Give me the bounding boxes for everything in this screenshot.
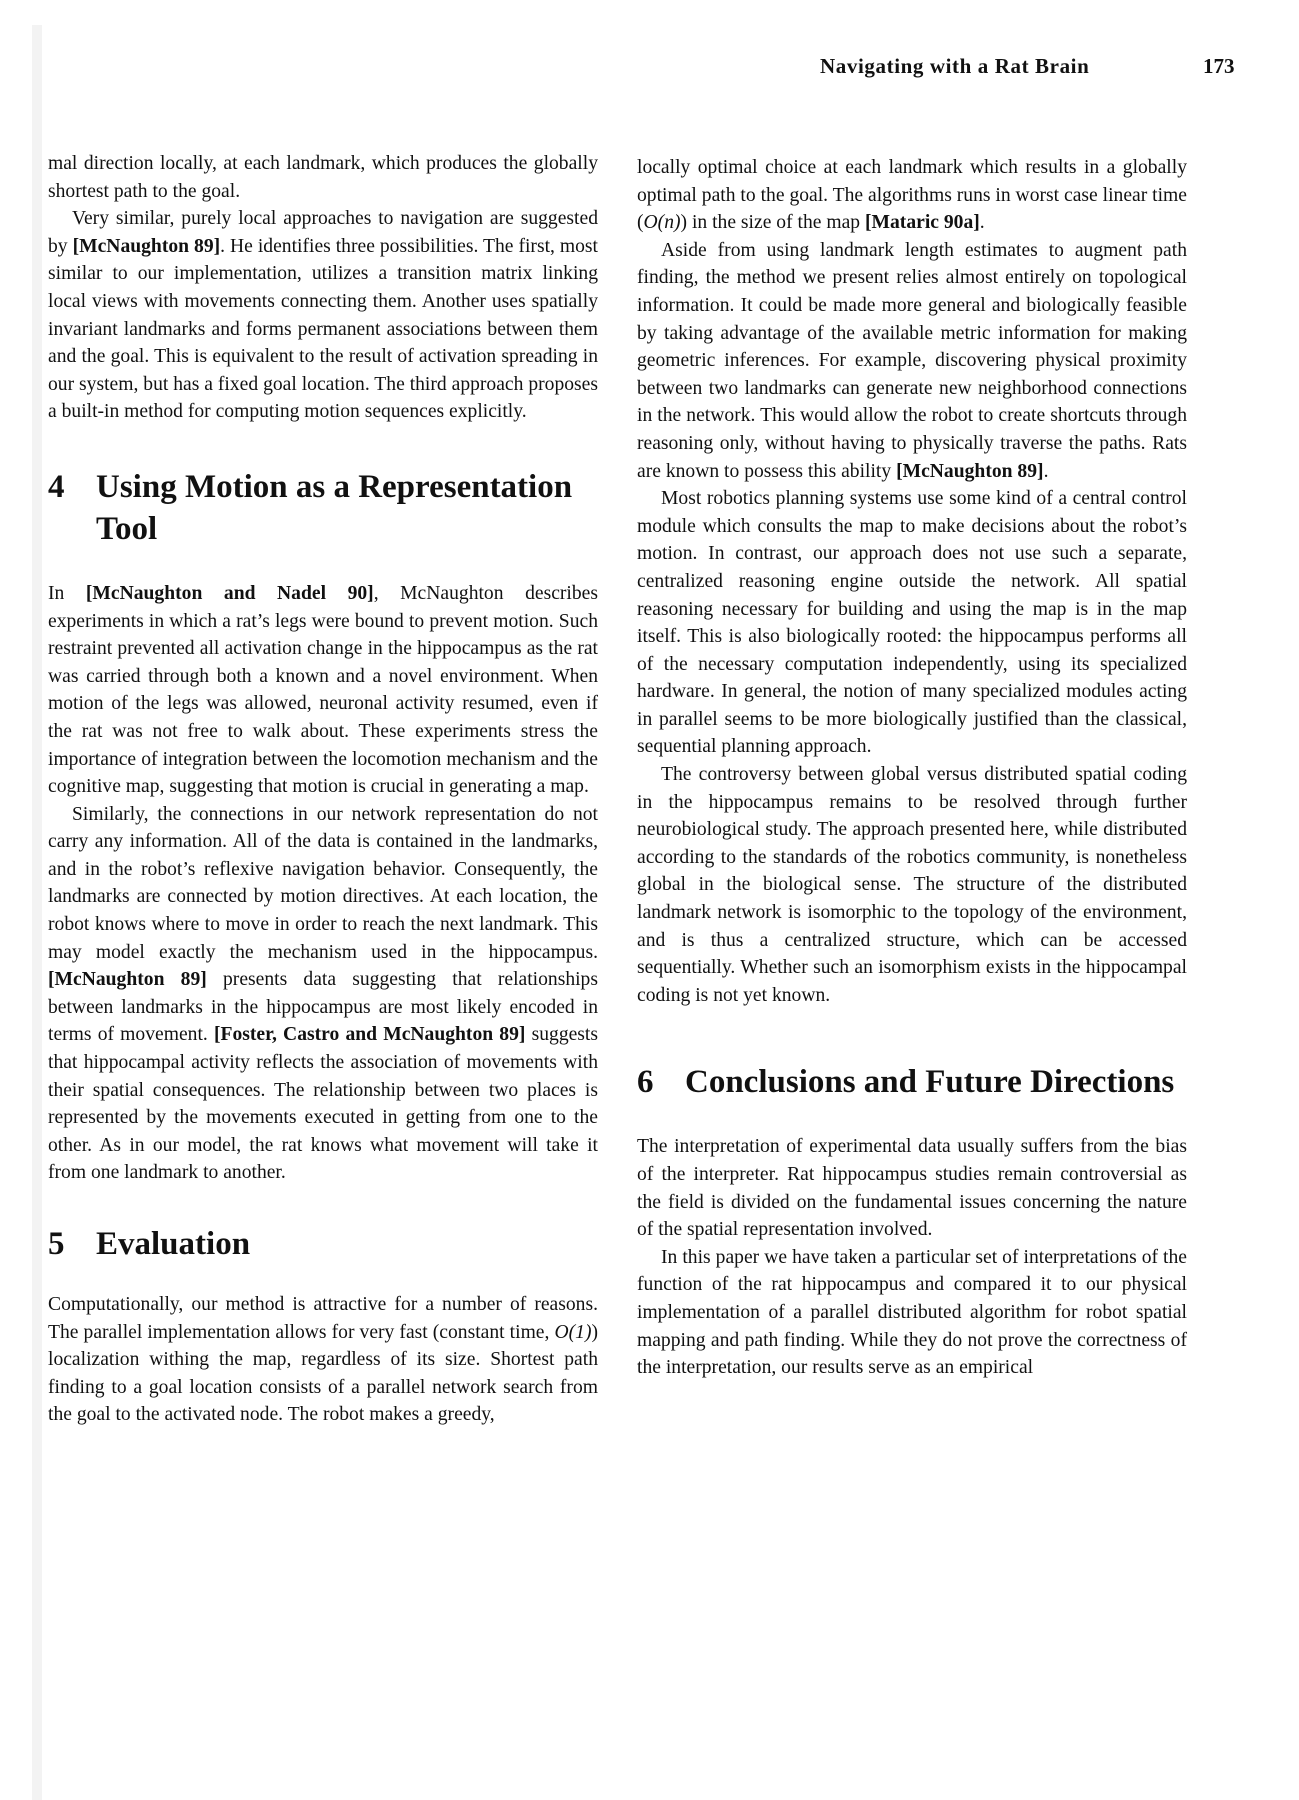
- text: Aside from using landmark length estimat…: [637, 240, 1187, 482]
- paragraph: Similarly, the connections in our networ…: [48, 801, 598, 1187]
- math-expression: O(1): [554, 1322, 591, 1343]
- right-column: locally optimal choice at each landmark …: [637, 154, 1187, 1382]
- citation: [McNaughton and Nadel 90]: [86, 583, 374, 604]
- text: suggests that hippocampal activity refle…: [48, 1024, 598, 1183]
- paragraph: Aside from using landmark length estimat…: [637, 237, 1187, 485]
- citation: [McNaughton 89]: [896, 461, 1044, 482]
- section-heading-6: 6 Conclusions and Future Directions: [637, 1061, 1187, 1103]
- text: Similarly, the connections in our networ…: [48, 804, 598, 963]
- running-title: Navigating with a Rat Brain: [820, 54, 1089, 79]
- paragraph: The controversy between global versus di…: [637, 761, 1187, 1009]
- section-title: Evaluation: [96, 1223, 598, 1265]
- text: .: [1044, 461, 1049, 482]
- scan-shadow: [32, 25, 42, 1800]
- section-number: 6: [637, 1061, 685, 1103]
- citation: [Mataric 90a]: [865, 212, 980, 233]
- text: . He identifies three possibilities. The…: [48, 236, 598, 423]
- section-heading-5: 5 Evaluation: [48, 1223, 598, 1265]
- text: In: [48, 583, 86, 604]
- section-title: Using Motion as a Representation Tool: [96, 466, 598, 550]
- left-column: mal direction locally, at each landmark,…: [48, 150, 598, 1429]
- paragraph: locally optimal choice at each landmark …: [637, 154, 1187, 237]
- page-number: 173: [1203, 54, 1235, 79]
- citation: [McNaughton 89]: [73, 236, 221, 257]
- paragraph: mal direction locally, at each landmark,…: [48, 150, 598, 205]
- math-expression: O(n): [644, 212, 681, 233]
- paragraph: Very similar, purely local approaches to…: [48, 205, 598, 426]
- text: , McNaughton describes experiments in wh…: [48, 583, 598, 797]
- section-number: 4: [48, 466, 96, 550]
- paragraph: In this paper we have taken a particular…: [637, 1244, 1187, 1382]
- page-margin: [0, 0, 32, 1800]
- paragraph: In [McNaughton and Nadel 90], McNaughton…: [48, 580, 598, 801]
- text: ) in the size of the map: [681, 212, 865, 233]
- section-number: 5: [48, 1223, 96, 1265]
- paragraph: Most robotics planning systems use some …: [637, 485, 1187, 761]
- citation: [McNaughton 89]: [48, 969, 207, 990]
- section-title: Conclusions and Future Directions: [685, 1061, 1187, 1103]
- text: .: [980, 212, 985, 233]
- paragraph: Computationally, our method is attractiv…: [48, 1291, 598, 1429]
- paragraph: The interpretation of experimental data …: [637, 1133, 1187, 1243]
- text: Computationally, our method is attractiv…: [48, 1294, 598, 1343]
- citation: [Foster, Castro and McNaughton 89]: [214, 1024, 525, 1045]
- section-heading-4: 4 Using Motion as a Representation Tool: [48, 466, 598, 550]
